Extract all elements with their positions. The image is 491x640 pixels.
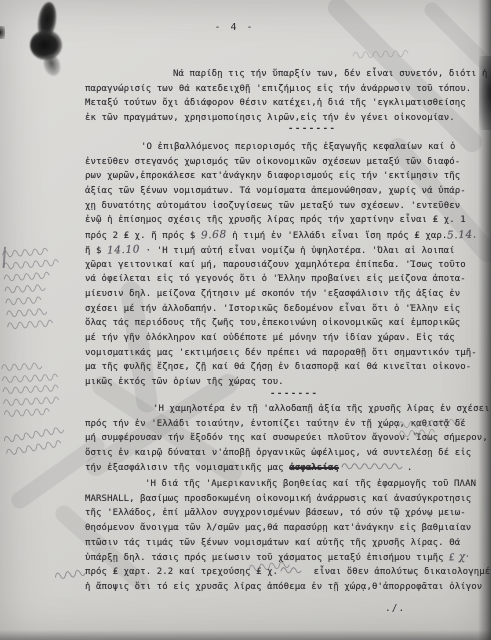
typescript-line: πρός 2 ₤ χ. ἤ πρός $ 9.68 ἡ τιμή ἐν 'Ελλ… [85,228,485,243]
typed-text: πρός ₤ χαρτ. 2.2 καί τρεχούσης ₤ χ. [85,567,278,577]
typescript-line: ἐκ τῶν πραγμάτων, χρησιμοποίησις λιρῶν,ε… [85,111,485,126]
typed-text: σχέσει μέ τήν ἀλλοδαπήν. 'Ιστορικῶς δεδο… [85,304,460,314]
typescript-line: μικῶς ἐκτός τῶν ὁρίων τῆς χώρας του. [85,375,485,390]
typescript-body: Νά παρίδῃ τις τήν ὕπαρξίν των, δέν εἶναι… [0,0,491,640]
typed-text: μα τῆς φυλῆς ἔζησε, ζῇ καί θά ζήσῃ ἐν δι… [85,362,471,372]
typescript-line: χῃ δυνατότης αὐτομάτου ἰσοζυγίσεως τῶν μ… [85,199,485,214]
paragraph-2: 'Ο ἐπιβαλλόμενος περιορισμός τῆς ἐξαγωγῆ… [85,140,485,390]
typescript-line: ἤ $ 14.10 · 'Η τιμή αὐτή εἶναι νομίζω ἡ … [85,243,485,258]
typed-text: παραγνώρισίς των θά κατεδειχθῇ 'επιζήμιο… [85,84,471,94]
continuation-mark: ./. [385,603,405,614]
typed-text: πρός 2 ₤ χ. ἤ πρός $ [85,231,201,241]
typed-text: ὅλας τάς περιόδους τῆς ζωῆς του,ἐπεκοινώ… [85,318,460,328]
typed-text: ἀξίας τῶν ξένων νομισμάτων. Τά νομίσματα… [85,186,466,196]
typed-text: 'Η χαμηλοτέρα ἐν τῇ 'αλλοδαπῇ ἀξία τῆς χ… [153,404,490,414]
scanned-page-background: { "page": { "number_label": "- 4 -", "se… [0,0,491,640]
typed-text: χῶραι γειτονικαί καί μή, παρουσιάζουν χα… [85,260,466,270]
typed-text: Μεταξύ τούτων ὄχι ἀδιάφορον θέσιν κατέχε… [85,98,466,108]
typed-text: τήν ἐξασφάλισιν τῆς νομισματικῆς μας [85,463,289,473]
typed-text: ὅστις ἐν καιρῷ δύναται ν'ἀποβῇ ὀργανικῶς… [85,448,471,458]
typed-text: πρός τήν ἐν 'Ελλάδι τοιαύτην, ἐντοπίζει … [85,419,466,429]
typescript-line: 'Ο ἐπιβαλλόμενος περιορισμός τῆς ἐξαγωγῆ… [85,140,485,155]
typescript-line: νά ὀφείλεται εἰς τό γεγονός ὅτι ὁ 'Έλλην… [85,272,485,287]
typescript-line: πτῶσιν τάς τιμάς τῶν ξένων νομισμάτων κα… [85,536,485,551]
section-separator: ------- [288,124,336,134]
typed-text: ἡ ἄποψις ὅτι τό εἰς χρυσᾶς λίρας ἀπόθεμα… [85,582,482,592]
typed-text: χῃ δυνατότης αὐτομάτου ἰσοζυγίσεως τῶν μ… [85,201,460,211]
scan-edge-shadow-bottom [0,630,491,640]
typed-text: Νά παρίδῃ τις τήν ὕπαρξίν των, δέν εἶναι… [173,69,488,79]
typed-text: ὑπάρξῃ δηλ. τάσις πρός μείωσιν τοῦ χάσμα… [85,553,449,563]
typescript-line: ἀξίας τῶν ξένων νομισμάτων. Τά νομίσματα… [85,184,485,199]
typed-text: MARSHALL, βασίμως προσδοκωμένη οἰκονομικ… [85,494,471,504]
typescript-line: ἐνῷ ἡ ἐπίσημος σχέσις τῆς χρυσῆς λίρας π… [85,213,485,228]
typed-text: μικῶς ἐκτός τῶν ὁρίων τῆς χώρας του. [85,377,284,387]
typed-text: 'Η διά τῆς 'Αμερικανικῆς βοηθείας καί τῆ… [145,479,476,489]
typescript-line: 'Η χαμηλοτέρα ἐν τῇ 'αλλοδαπῇ ἀξία τῆς χ… [85,402,485,417]
handwritten-correction: 14.10 [107,242,141,258]
typescript-line: MARSHALL, βασίμως προσδοκωμένη οἰκονομικ… [85,492,485,507]
typed-text: νά ὀφείλεται εἰς τό γεγονός ὅτι ὁ 'Έλλην… [85,274,466,284]
ink-blot [28,0,74,80]
typed-text: . [407,463,413,473]
typescript-line: πρός τήν ἐν 'Ελλάδι τοιαύτην, ἐντοπίζει … [85,417,485,432]
typescript-line: μα τῆς φυλῆς ἔζησε, ζῇ καί θά ζήσῃ ἐν δι… [85,360,485,375]
typescript-line: τῆς 'Ελλάδος, ἐπί μᾶλλον συγχρονισμένων … [85,506,485,521]
typescript-line: μή συμφέρουσαν τήν ἔξοδόν της καί συσωρε… [85,431,485,446]
typed-text: ἤ $ [85,246,107,256]
typescript-line: ἐντεῦθεν στεγανός χωρισμός τῶν οἰκονομικ… [85,155,485,170]
typescript-line: θησόμενον ἄνοιγμα τῶν λ/σμῶν μας,θά παρα… [85,521,485,536]
typescript-line: τήν ἐξασφάλισιν τῆς νομισματικῆς μας ἀσφ… [85,461,485,476]
typescript-line: μέ τήν γῆν ὁλόκληρον καί οὐδέποτε μέ μόν… [85,331,485,346]
typed-text: · 'Η τιμή αὐτή εἶναι νομίζω ἡ ὑψηλοτέρα.… [140,246,455,256]
typed-text: ἐνῷ ἡ ἐπίσημος σχέσις τῆς χρυσῆς λίρας π… [85,215,466,225]
typed-text: τῆς 'Ελλάδος, ἐπί μᾶλλον συγχρονισμένων … [85,508,466,518]
edge-smudge [0,26,5,39]
typescript-line: Μεταξύ τούτων ὄχι ἀδιάφορον θέσιν κατέχε… [85,96,485,111]
typescript-line: ἡ ἄποψις ὅτι τό εἰς χρυσᾶς λίρας ἀπόθεμα… [85,580,485,595]
typed-text: εἶναι ὅθεν ἀπολύτως δικαιολογημένη [308,567,491,577]
typescript-line: ὅστις ἐν καιρῷ δύναται ν'ἀποβῇ ὀργανικῶς… [85,446,485,461]
typed-text: ἐκ τῶν πραγμάτων, χρησιμοποίησις λιρῶν,ε… [85,113,455,123]
typescript-line: πρός ₤ χαρτ. 2.2 καί τρεχούσης ₤ χ. εἶνα… [85,565,485,580]
typed-text: 'Ο ἐπιβαλλόμενος περιορισμός τῆς ἐξαγωγῆ… [141,142,456,152]
typescript-line: ὑπάρξῃ δηλ. τάσις πρός μείωσιν τοῦ χάσμα… [85,550,485,565]
typescript-line: ὅλας τάς περιόδους τῆς ζωῆς του,ἐπεκοινώ… [85,316,485,331]
typed-text: πτῶσιν τάς τιμάς τῶν ξένων νομισμάτων κα… [85,538,460,548]
typescript-line: 'Η διά τῆς 'Αμερικανικῆς βοηθείας καί τῆ… [85,477,485,492]
paragraph-1: Νά παρίδῃ τις τήν ὕπαρξίν των, δέν εἶναι… [85,67,485,126]
scan-edge-blotch [479,56,491,130]
typescript-line: σχέσει μέ τήν ἀλλοδαπήν. 'Ιστορικῶς δεδο… [85,302,485,317]
typed-text: μίευσιν δηλ. μείζονα ζήτησιν μέ σκοπόν τ… [85,289,460,299]
typescript-line: μίευσιν δηλ. μείζονα ζήτησιν μέ σκοπόν τ… [85,287,485,302]
typescript-line: νομισματικάς μας 'εκτιμήσεις δέν πρέπει … [85,346,485,361]
typed-text: μή συμφέρουσαν τήν ἔξοδόν της καί συσωρε… [85,433,488,443]
ink-blot-lobe [41,52,63,78]
typescript-line: ρων χωρῶν,ἐπροκάλεσε κατ'ἀνάγκην διαφορι… [85,169,485,184]
handwritten-correction: ₤ χ· [449,550,470,565]
pencil-scribble [341,461,405,476]
struck-text: ἀσφαλείας [289,463,339,473]
typescript-line: παραγνώρισίς των θά κατεδειχθῇ 'επιζήμιο… [85,82,485,97]
paragraph-3: 'Η χαμηλοτέρα ἐν τῇ 'αλλοδαπῇ ἀξία τῆς χ… [85,402,485,475]
typed-text: θησόμενον ἄνοιγμα τῶν λ/σμῶν μας,θά παρα… [85,523,471,533]
typed-text: ἡ τιμή ἐν 'Ελλάδι εἶναι ἴση πρός ₤ χαρ. [227,231,448,241]
paragraph-4: 'Η διά τῆς 'Αμερικανικῆς βοηθείας καί τῆ… [85,477,485,595]
section-separator: ------- [270,389,318,399]
typed-text: ρων χωρῶν,ἐπροκάλεσε κατ'ἀνάγκην διαφορι… [85,171,460,181]
typed-text: ἐντεῦθεν στεγανός χωρισμός τῶν οἰκονομικ… [85,157,460,167]
typed-text: μέ τήν γῆν ὁλόκληρον καί οὐδέποτε μέ μόν… [85,333,455,343]
typescript-line: Νά παρίδῃ τις τήν ὕπαρξίν των, δέν εἶναι… [85,67,485,82]
handwritten-correction: 5.14. [447,228,477,244]
typescript-line: χῶραι γειτονικαί καί μή, παρουσιάζουν χα… [85,258,485,273]
pencil-scribble [280,565,306,580]
typed-text: νομισματικάς μας 'εκτιμήσεις δέν πρέπει … [85,348,477,358]
document-scan: - 4 - Νά παρίδῃ τις τήν ὕπαρξίν των, δέν… [0,0,491,640]
handwritten-correction: 9.68 [201,228,227,244]
